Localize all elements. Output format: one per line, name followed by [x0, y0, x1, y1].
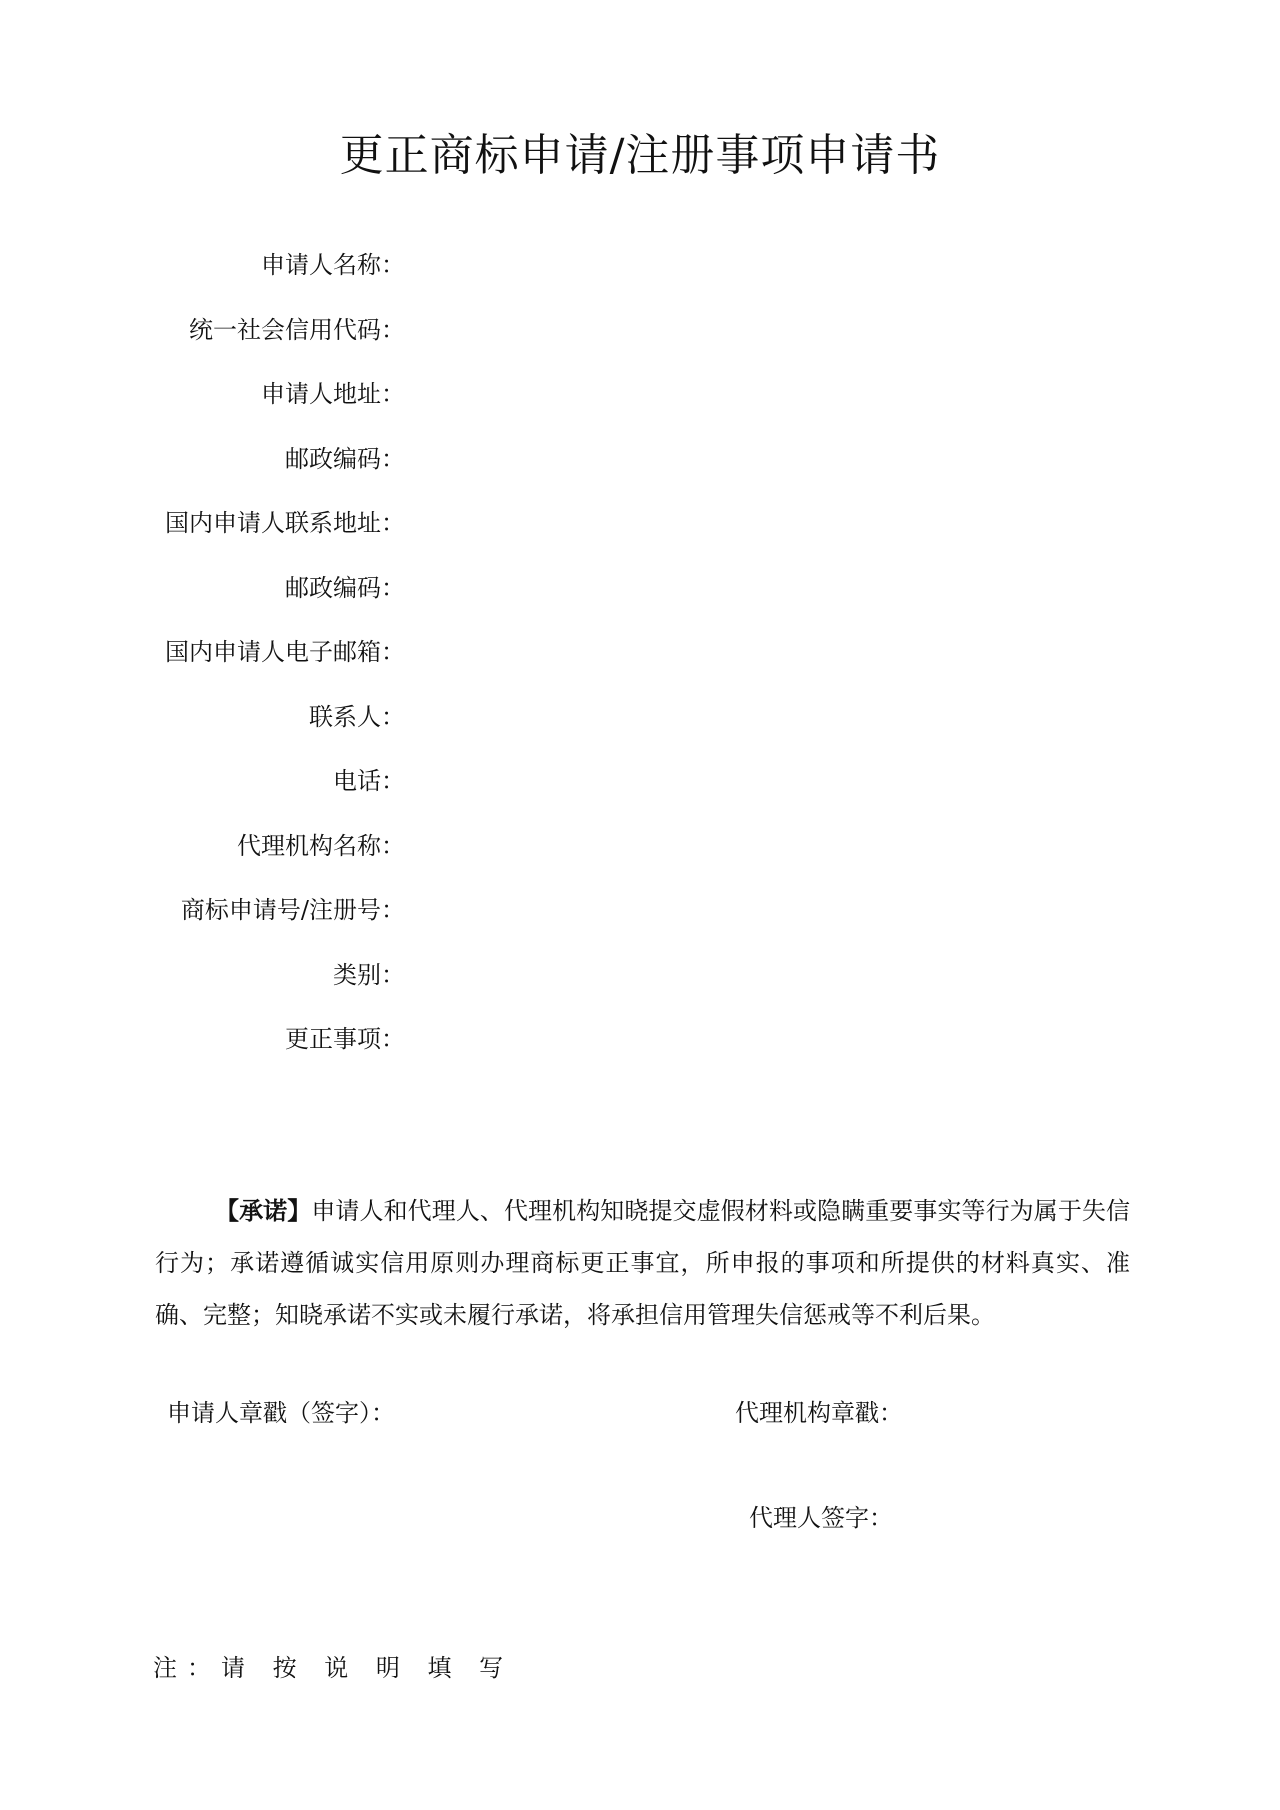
field-label: 联系人： [0, 699, 405, 735]
field-contact-person: 联系人： [0, 699, 1280, 764]
form-page: 更正商标申请/注册事项申请书 申请人名称： 统一社会信用代码： 申请人地址： 邮… [0, 0, 1280, 1810]
correction-items-value[interactable] [405, 1021, 1280, 1057]
field-label: 电话： [0, 763, 405, 799]
applicant-address-value[interactable] [405, 376, 1280, 412]
document-title: 更正商标申请/注册事项申请书 [0, 126, 1280, 186]
field-agency-name: 代理机构名称： [0, 828, 1280, 893]
field-trademark-number: 商标申请号/注册号： [0, 892, 1280, 957]
fill-instructions-note: 注：请 按 说 明 填 写 [153, 1650, 513, 1686]
contact-person-value[interactable] [405, 699, 1280, 735]
field-postal-code: 邮政编码： [0, 441, 1280, 506]
domestic-postal-code-value[interactable] [405, 570, 1280, 606]
field-label: 申请人地址： [0, 376, 405, 412]
domestic-email-value[interactable] [405, 634, 1280, 670]
agency-seal-label: 代理机构章戳： [735, 1395, 903, 1431]
class-value[interactable] [405, 957, 1280, 993]
field-domestic-email: 国内申请人电子邮箱： [0, 634, 1280, 699]
field-applicant-address: 申请人地址： [0, 376, 1280, 441]
field-domestic-contact-address: 国内申请人联系地址： [0, 505, 1280, 570]
trademark-number-value[interactable] [405, 892, 1280, 928]
field-label: 代理机构名称： [0, 828, 405, 864]
agent-signature-label: 代理人签字： [749, 1500, 893, 1536]
field-credit-code: 统一社会信用代码： [0, 312, 1280, 377]
field-label: 商标申请号/注册号： [0, 892, 405, 928]
field-label: 国内申请人电子邮箱： [0, 634, 405, 670]
field-label: 国内申请人联系地址： [0, 505, 405, 541]
phone-value[interactable] [405, 763, 1280, 799]
field-label: 更正事项： [0, 1021, 405, 1057]
credit-code-value[interactable] [405, 312, 1280, 348]
field-label: 邮政编码： [0, 441, 405, 477]
pledge-paragraph: 【承诺】申请人和代理人、代理机构知晓提交虚假材料或隐瞒重要事实等行为属于失信行为… [155, 1185, 1130, 1341]
field-label: 申请人名称： [0, 247, 405, 283]
field-domestic-postal-code: 邮政编码： [0, 570, 1280, 635]
applicant-name-value[interactable] [405, 247, 1280, 283]
field-applicant-name: 申请人名称： [0, 247, 1280, 312]
field-label: 邮政编码： [0, 570, 405, 606]
field-phone: 电话： [0, 763, 1280, 828]
pledge-heading: 【承诺】 [215, 1196, 311, 1225]
field-label: 类别： [0, 957, 405, 993]
postal-code-value[interactable] [405, 441, 1280, 477]
domestic-contact-address-value[interactable] [405, 505, 1280, 541]
applicant-seal-label: 申请人章戳（签字）： [167, 1395, 395, 1431]
applicant-info-fields: 申请人名称： 统一社会信用代码： 申请人地址： 邮政编码： 国内申请人联系地址：… [0, 247, 1280, 1086]
agency-name-value[interactable] [405, 828, 1280, 864]
field-correction-items: 更正事项： [0, 1021, 1280, 1086]
field-class: 类别： [0, 957, 1280, 1022]
field-label: 统一社会信用代码： [0, 312, 405, 348]
